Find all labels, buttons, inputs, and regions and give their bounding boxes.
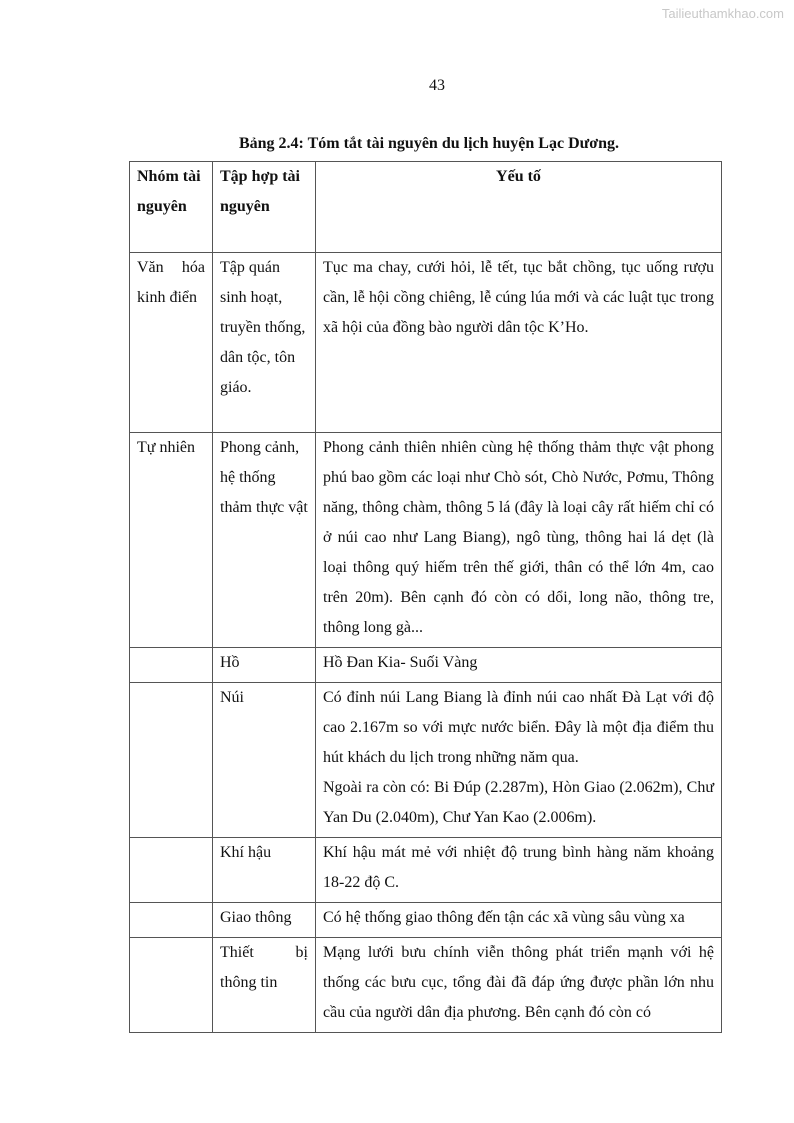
table-caption: Bảng 2.4: Tóm tắt tài nguyên du lịch huy… xyxy=(129,135,729,153)
cell-group xyxy=(130,648,213,683)
table-row: Tự nhiên Phong cảnh, hệ thống thảm thực … xyxy=(130,433,722,648)
cell-set: Núi xyxy=(213,683,316,838)
header-set: Tập hợp tài nguyên xyxy=(213,162,316,253)
table-row: Khí hậu Khí hậu mát mẻ với nhiệt độ trun… xyxy=(130,838,722,903)
cell-factor: Mạng lưới bưu chính viễn thông phát triể… xyxy=(316,938,722,1033)
table-row: Giao thông Có hệ thống giao thông đến tậ… xyxy=(130,903,722,938)
cell-factor: Có hệ thống giao thông đến tận các xã vù… xyxy=(316,903,722,938)
table-row: Hồ Hồ Đan Kia- Suối Vàng xyxy=(130,648,722,683)
cell-set: Thiết bị thông tin xyxy=(213,938,316,1033)
cell-group xyxy=(130,903,213,938)
header-factor: Yếu tố xyxy=(316,162,722,253)
table-header-row: Nhóm tài nguyên Tập hợp tài nguyên Yếu t… xyxy=(130,162,722,253)
table-row: Thiết bị thông tin Mạng lưới bưu chính v… xyxy=(130,938,722,1033)
cell-factor: Hồ Đan Kia- Suối Vàng xyxy=(316,648,722,683)
factor-paragraph: Ngoài ra còn có: Bi Đúp (2.287m), Hòn Gi… xyxy=(323,773,714,833)
cell-group xyxy=(130,938,213,1033)
cell-factor: Tục ma chay, cưới hỏi, lễ tết, tục bắt c… xyxy=(316,253,722,433)
table-row: Núi Có đỉnh núi Lang Biang là đỉnh núi c… xyxy=(130,683,722,838)
page-number: 43 xyxy=(0,77,794,95)
cell-group: Tự nhiên xyxy=(130,433,213,648)
cell-set: Khí hậu xyxy=(213,838,316,903)
cell-group xyxy=(130,683,213,838)
cell-set: Giao thông xyxy=(213,903,316,938)
header-group: Nhóm tài nguyên xyxy=(130,162,213,253)
cell-group: Văn hóa kinh điển xyxy=(130,253,213,433)
cell-factor: Có đỉnh núi Lang Biang là đỉnh núi cao n… xyxy=(316,683,722,838)
cell-factor: Phong cảnh thiên nhiên cùng hệ thống thả… xyxy=(316,433,722,648)
watermark: Tailieuthamkhao.com xyxy=(662,6,784,21)
cell-factor: Khí hậu mát mẻ với nhiệt độ trung bình h… xyxy=(316,838,722,903)
table-row: Văn hóa kinh điển Tập quán sinh hoạt, tr… xyxy=(130,253,722,433)
cell-group xyxy=(130,838,213,903)
cell-set: Phong cảnh, hệ thống thảm thực vật xyxy=(213,433,316,648)
resource-table: Nhóm tài nguyên Tập hợp tài nguyên Yếu t… xyxy=(129,161,722,1033)
cell-set: Hồ xyxy=(213,648,316,683)
factor-paragraph: Có đỉnh núi Lang Biang là đỉnh núi cao n… xyxy=(323,683,714,773)
cell-set: Tập quán sinh hoạt, truyền thống, dân tộ… xyxy=(213,253,316,433)
